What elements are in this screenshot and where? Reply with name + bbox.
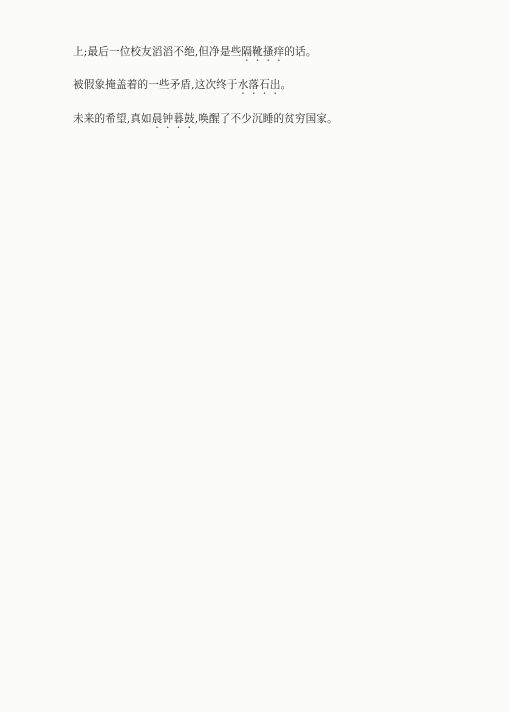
emphasized-phrase: 晨钟暮鼓	[152, 113, 195, 125]
q17-option-b-tail: 上;最后一位校友滔滔不绝,但净是些隔靴搔痒的话。	[73, 45, 317, 64]
q17-option-c-line2: 被假象掩盖着的一些矛盾,这次终于水落石出。	[73, 78, 291, 97]
q17-option-d-line2: 未来的希望,真如晨钟暮鼓,唤醒了不少沉睡的贫穷国家。	[73, 112, 338, 131]
emphasized-phrase: 水落石出	[238, 79, 281, 91]
emphasized-phrase: 隔靴搔痒	[241, 46, 284, 58]
exam-page: 上;最后一位校友滔滔不绝,但净是些隔靴搔痒的话。 被假象掩盖着的一些矛盾,这次终…	[0, 0, 509, 712]
